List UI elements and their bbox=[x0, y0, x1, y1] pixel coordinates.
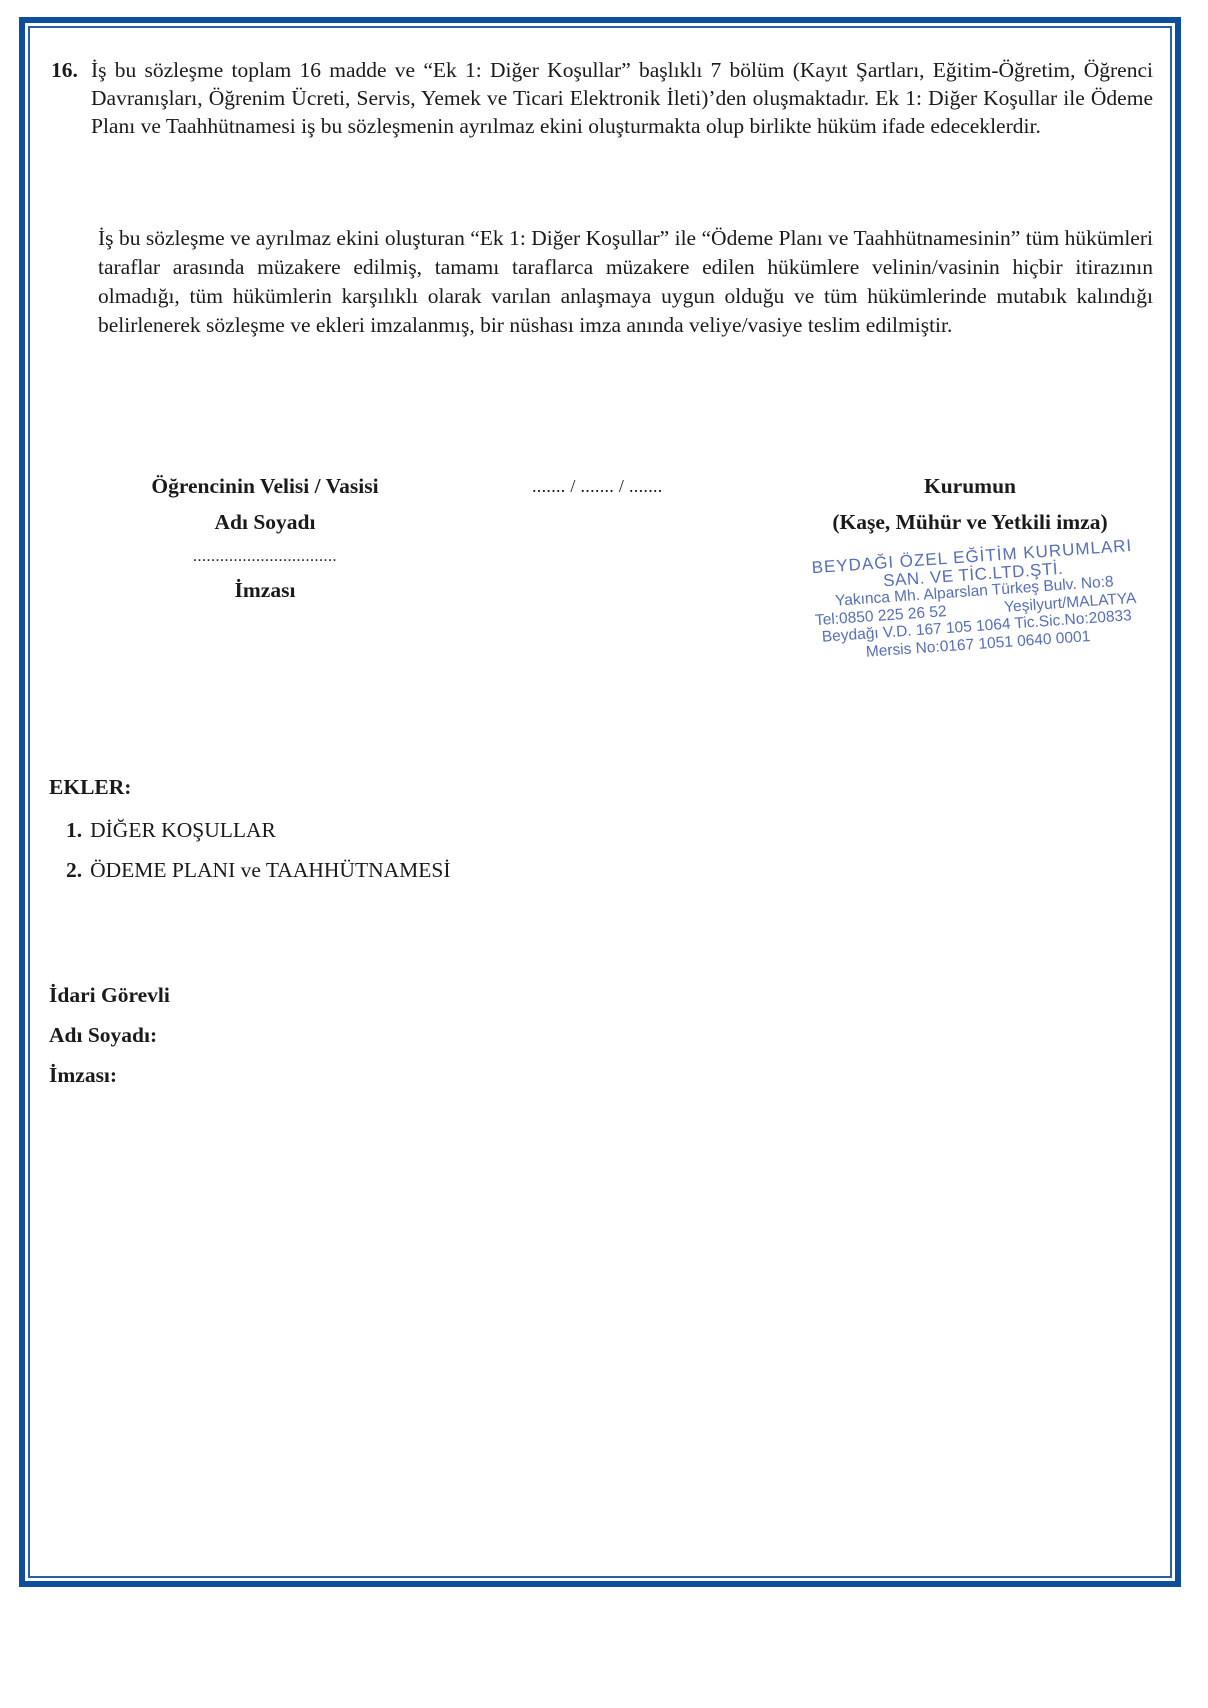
attachments-section: EKLER: 1.DİĞER KOŞULLAR 2.ÖDEME PLANI ve… bbox=[49, 772, 451, 890]
attachments-title: EKLER: bbox=[49, 772, 451, 802]
clause-number: 16. bbox=[51, 56, 78, 84]
attachment-item: 2.ÖDEME PLANI ve TAAHHÜTNAMESİ bbox=[66, 850, 451, 890]
administrative-officer-block: İdari Görevli Adı Soyadı: İmzası: bbox=[49, 975, 170, 1095]
institution-title: Kurumun bbox=[780, 468, 1160, 504]
institution-subtitle: (Kaşe, Mühür ve Yetkili imza) bbox=[780, 504, 1160, 540]
guardian-signature-label: İmzası bbox=[110, 572, 420, 608]
guardian-name-label: Adı Soyadı bbox=[110, 504, 420, 540]
date-field: ....... / ....... / ....... bbox=[532, 468, 663, 504]
guardian-signature-block: Öğrencinin Velisi / Vasisi Adı Soyadı ..… bbox=[110, 468, 420, 608]
guardian-signature-line: ................................ bbox=[110, 542, 420, 572]
institution-signature-block: Kurumun (Kaşe, Mühür ve Yetkili imza) bbox=[780, 468, 1160, 540]
clause-text: İş bu sözleşme toplam 16 madde ve “Ek 1:… bbox=[91, 56, 1153, 140]
attachments-list: 1.DİĞER KOŞULLAR 2.ÖDEME PLANI ve TAAHHÜ… bbox=[49, 810, 451, 890]
officer-name-label: Adı Soyadı: bbox=[49, 1015, 170, 1055]
guardian-title: Öğrencinin Velisi / Vasisi bbox=[110, 468, 420, 504]
clause-16: 16. İş bu sözleşme toplam 16 madde ve “E… bbox=[51, 56, 1153, 140]
officer-title: İdari Görevli bbox=[49, 975, 170, 1015]
attachment-item: 1.DİĞER KOŞULLAR bbox=[66, 810, 451, 850]
agreement-paragraph: İş bu sözleşme ve ayrılmaz ekini oluştur… bbox=[98, 224, 1153, 340]
officer-signature-label: İmzası: bbox=[49, 1055, 170, 1095]
